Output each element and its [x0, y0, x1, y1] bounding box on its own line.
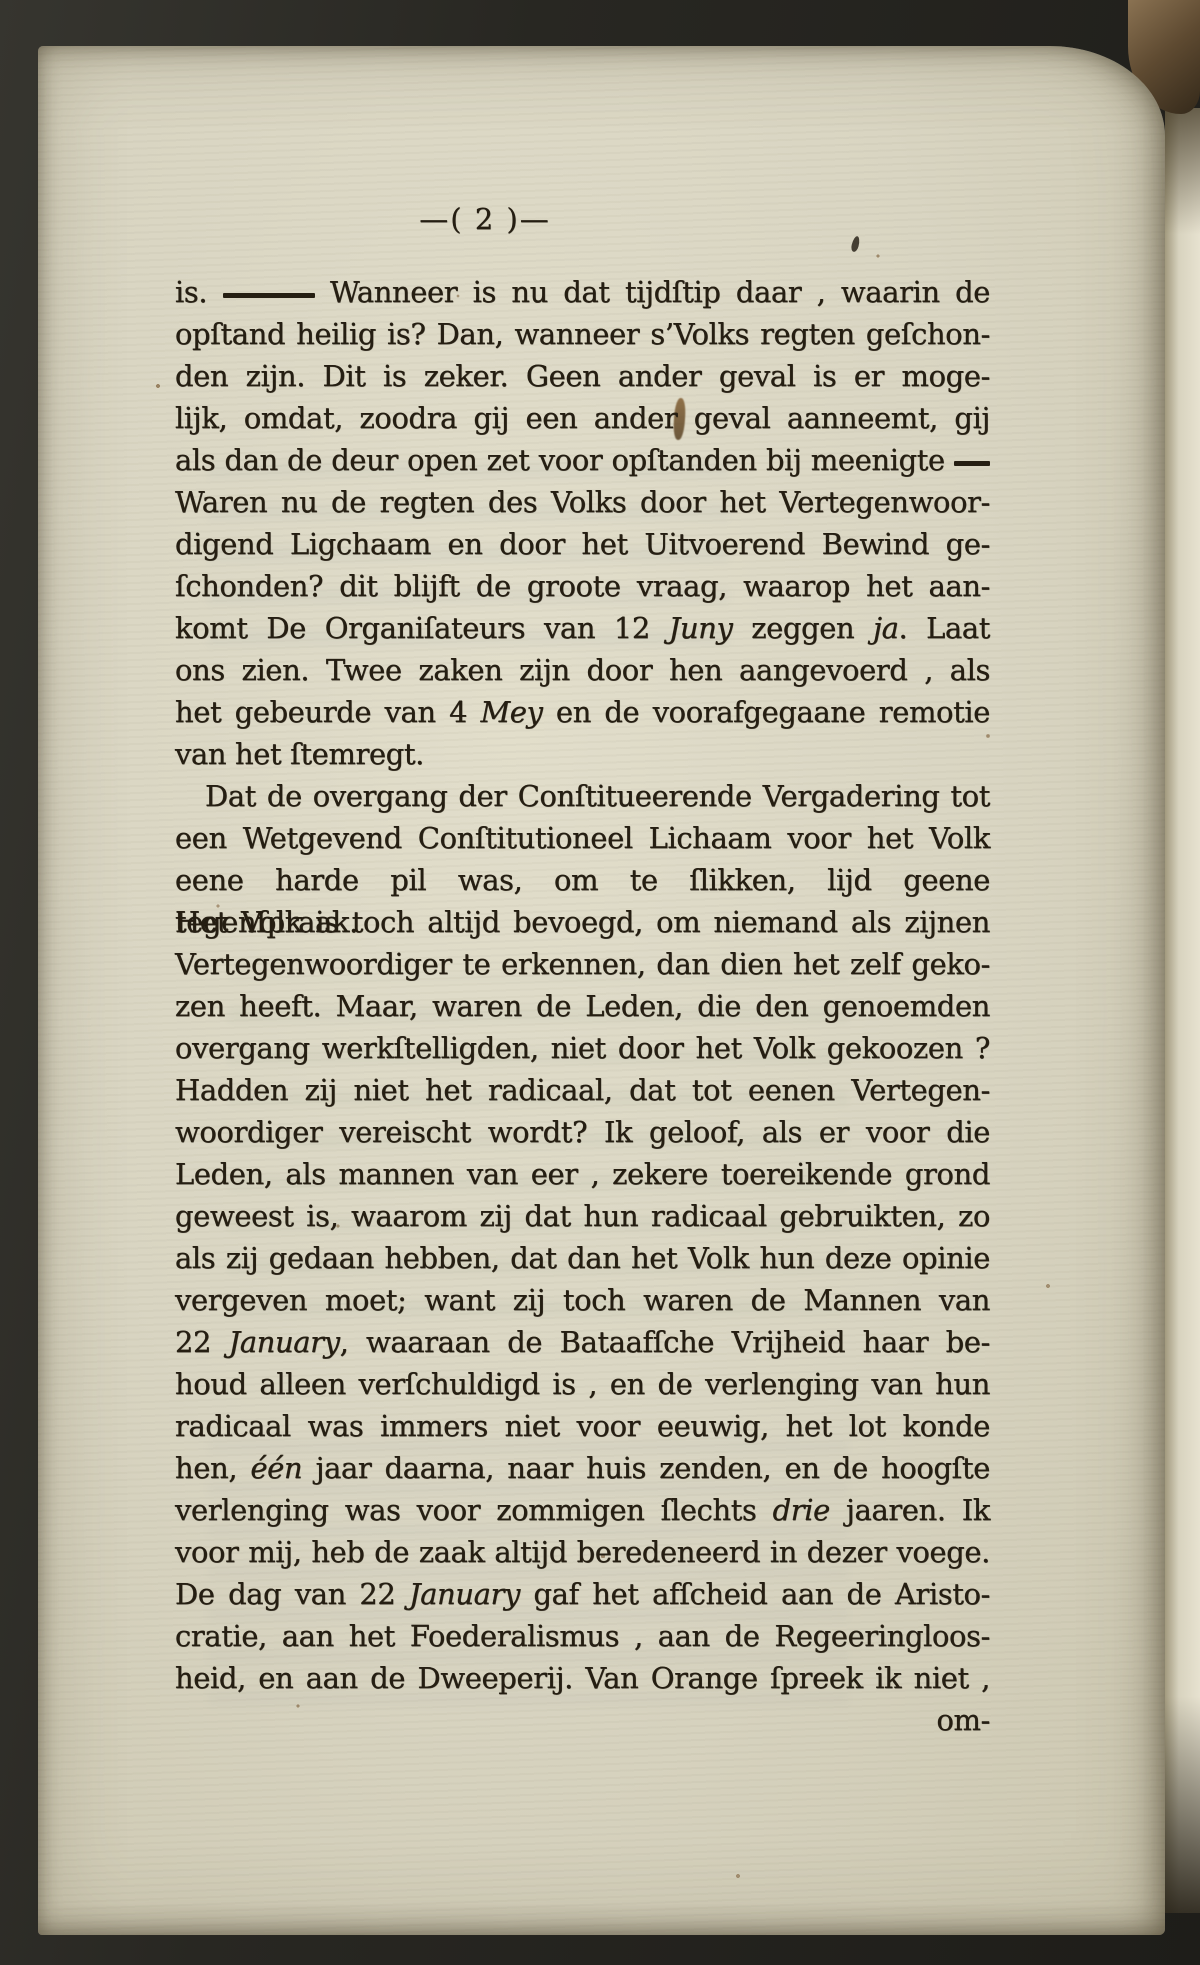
text-line: Hadden zij niet het radicaal, dat tot ee… [175, 1069, 990, 1111]
text-segment: den zijn. Dit is zeker. Geen ander geval… [175, 359, 990, 393]
text-segment: één [250, 1451, 302, 1485]
text-segment: lijk, omdat, zoodra gij een ander geval … [175, 401, 990, 435]
text-line: als dan de deur open zet voor opſtanden … [175, 439, 990, 481]
text-segment: Vertegenwoordiger te erkennen, dan dien … [175, 947, 990, 981]
text-segment: ja [873, 611, 898, 645]
text-segment: cratie, aan het Foederalismus , aan de R… [175, 1619, 990, 1653]
text-line: heid, en aan de Dweeperij. Van Orange ſp… [175, 1657, 990, 1699]
text-segment: van het ſtemregt. [175, 737, 424, 771]
text-line: digend Ligchaam en door het Uitvoerend B… [175, 523, 990, 565]
text-segment: radicaal was immers niet voor eeuwig, he… [175, 1409, 990, 1443]
text-line: 22 January, waaraan de Bataafſche Vrijhe… [175, 1321, 990, 1363]
body-text: is. Wanneer is nu dat tijdſtip daar , wa… [175, 271, 990, 1741]
text-segment: houd alleen verſchuldigd is , en de verl… [175, 1367, 990, 1401]
text-segment: Waren nu de regten des Volks door het Ve… [175, 485, 990, 519]
text-line: ons zien. Twee zaken zijn door hen aange… [175, 649, 990, 691]
text-segment: digend Ligchaam en door het Uitvoerend B… [175, 527, 990, 561]
text-segment: ons zien. Twee zaken zijn door hen aange… [175, 653, 990, 687]
page-number-header: —( 2 )— [325, 198, 645, 240]
text-line: het gebeurde van 4 Mey en de voorafgegaa… [175, 691, 990, 733]
text-line: vergeven moet; want zij toch waren de Ma… [175, 1279, 990, 1321]
text-line: voor mij, heb de zaak altijd beredeneerd… [175, 1531, 990, 1573]
text-line: Vertegenwoordiger te erkennen, dan dien … [175, 943, 990, 985]
text-line: geweest is, waarom zij dat hun radicaal … [175, 1195, 990, 1237]
text-line: hen, één jaar daarna, naar huis zenden, … [175, 1447, 990, 1489]
text-segment: zen heeft. Maar, waren de Leden, die den… [175, 989, 990, 1023]
text-line: verlenging was voor zommigen ſlechts dri… [175, 1489, 990, 1531]
scanned-book-photo: { "document": { "page_number_header": "—… [0, 0, 1200, 1965]
text-segment: drie [773, 1493, 830, 1527]
printers-dash-rule [223, 293, 315, 298]
text-line: houd alleen verſchuldigd is , en de verl… [175, 1363, 990, 1405]
text-line: Het Volk is toch altijd bevoegd, om niem… [175, 901, 990, 943]
text-segment: als zij gedaan hebben, dat dan het Volk … [175, 1241, 990, 1275]
text-segment: geweest is, waarom zij dat hun radicaal … [175, 1199, 990, 1233]
text-line: lijk, omdat, zoodra gij een ander geval … [175, 397, 990, 439]
text-segment: het gebeurde van 4 [175, 695, 481, 729]
text-segment: gaf het afſcheid aan de Aristo- [520, 1577, 990, 1611]
text-segment: heid, en aan de Dweeperij. Van Orange ſp… [175, 1661, 990, 1695]
catchword: om- [175, 1699, 990, 1741]
text-segment: om- [936, 1703, 990, 1737]
text-segment: 22 [175, 1325, 229, 1359]
text-line: een Wetgevend Conſtitutioneel Lichaam vo… [175, 817, 990, 859]
text-line: cratie, aan het Foederalismus , aan de R… [175, 1615, 990, 1657]
text-line: is. Wanneer is nu dat tijdſtip daar , wa… [175, 271, 990, 313]
text-line: opſtand heilig is? Dan, wanneer s’Volks … [175, 313, 990, 355]
text-segment: woordiger vereischt wordt? Ik geloof, al… [175, 1115, 990, 1149]
text-segment: jaaren. Ik [830, 1493, 990, 1527]
text-segment: Mey [481, 695, 543, 729]
text-line: van het ſtemregt. [175, 733, 990, 775]
text-segment: Juny [669, 611, 733, 645]
adjacent-page-edge [1165, 108, 1200, 1913]
text-segment: Hadden zij niet het radicaal, dat tot ee… [175, 1073, 990, 1107]
text-line: eene harde pil was, om te ſlikken, lijd … [175, 859, 990, 901]
text-line: komt De Organiſateurs van 12 Juny zeggen… [175, 607, 990, 649]
text-segment: overgang werkſtelligden, niet door het V… [175, 1031, 990, 1065]
text-segment: zeggen [733, 611, 874, 645]
text-segment: . Laat [899, 611, 990, 645]
text-line: zen heeft. Maar, waren de Leden, die den… [175, 985, 990, 1027]
text-segment: verlenging was voor zommigen ſlechts [175, 1493, 773, 1527]
text-segment: als dan de deur open zet voor opſtanden … [175, 443, 954, 477]
text-segment: en de voorafgegaane remotie [543, 695, 990, 729]
text-segment: Wanneer is nu dat tijdſtip daar , waarin… [315, 275, 990, 309]
text-segment: opſtand heilig is? Dan, wanneer s’Volks … [175, 317, 990, 351]
text-line: overgang werkſtelligden, niet door het V… [175, 1027, 990, 1069]
text-line: ſchonden? dit blijft de groote vraag, wa… [175, 565, 990, 607]
text-segment: ſchonden? dit blijft de groote vraag, wa… [175, 569, 990, 603]
text-segment: is. [175, 275, 223, 309]
text-segment: De dag van 22 [175, 1577, 409, 1611]
text-line: Leden, als mannen van eer , zekere toere… [175, 1153, 990, 1195]
text-line: Waren nu de regten des Volks door het Ve… [175, 481, 990, 523]
text-segment: January [409, 1577, 520, 1611]
text-line: woordiger vereischt wordt? Ik geloof, al… [175, 1111, 990, 1153]
printers-dash-rule [954, 461, 990, 466]
text-segment: hen, [175, 1451, 250, 1485]
text-line: Dat de overgang der Conſtitueerende Verg… [175, 775, 990, 817]
book-page: —( 2 )— is. Wanneer is nu dat tijdſtip d… [38, 46, 1165, 1935]
text-segment: voor mij, heb de zaak altijd beredeneerd… [175, 1535, 990, 1569]
text-segment: vergeven moet; want zij toch waren de Ma… [175, 1283, 990, 1317]
text-segment: , waaraan de Bataafſche Vrijheid haar be… [340, 1325, 990, 1359]
text-line: De dag van 22 January gaf het afſcheid a… [175, 1573, 990, 1615]
text-line: radicaal was immers niet voor eeuwig, he… [175, 1405, 990, 1447]
text-segment: Dat de overgang der Conſtitueerende Verg… [205, 779, 990, 813]
text-segment: January [229, 1325, 340, 1359]
text-line: den zijn. Dit is zeker. Geen ander geval… [175, 355, 990, 397]
text-segment: Leden, als mannen van eer , zekere toere… [175, 1157, 990, 1191]
text-segment: een Wetgevend Conſtitutioneel Lichaam vo… [175, 821, 990, 855]
text-segment: komt De Organiſateurs van 12 [175, 611, 669, 645]
text-segment: jaar daarna, naar huis zenden, en de hoo… [302, 1451, 990, 1485]
text-line: als zij gedaan hebben, dat dan het Volk … [175, 1237, 990, 1279]
text-segment: Het Volk is toch altijd bevoegd, om niem… [175, 905, 990, 939]
